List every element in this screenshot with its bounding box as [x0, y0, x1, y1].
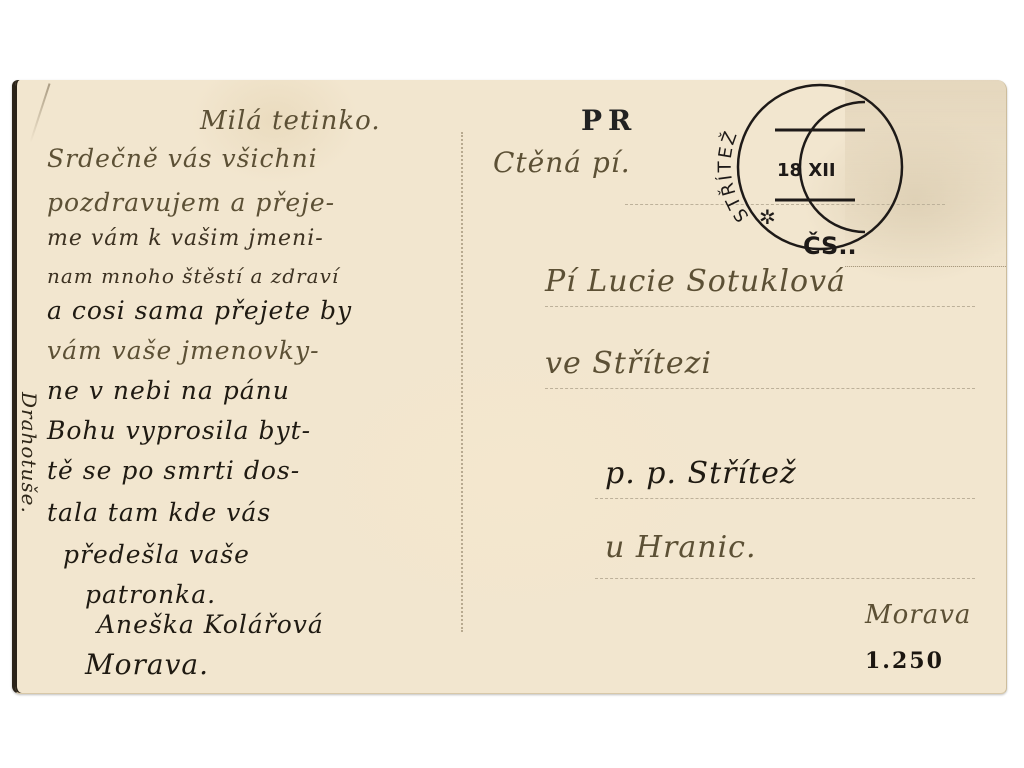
message-line: tala tam kde vás	[47, 498, 271, 527]
message-line: Bohu vyprosila byt-	[47, 416, 311, 445]
address-line-rule	[545, 306, 975, 307]
pr-mark: PR	[581, 104, 637, 137]
recipient-town: ve Střítezi	[545, 346, 712, 381]
message-line: nam mnoho štěstí a zdraví	[47, 264, 339, 288]
svg-text:18 XII: 18 XII	[777, 160, 836, 181]
message-line: ne v nebi na pánu	[47, 376, 290, 405]
message-line: pozdravujem a přeje-	[47, 188, 335, 217]
recipient-post-office: p. p. Střítež	[605, 456, 797, 491]
address-greeting: Ctěná pí.	[493, 146, 631, 179]
message-line: me vám k vašim jmeni-	[47, 226, 324, 251]
signature-region: Morava.	[85, 648, 209, 681]
message-line: Srdečně vás všichni	[47, 144, 318, 173]
svg-text:STŘÍTEŽ: STŘÍTEŽ	[715, 127, 753, 226]
recipient-name: Pí Lucie Sotuklová	[545, 264, 846, 299]
recipient-district: u Hranic.	[605, 530, 757, 565]
salutation: Milá tetinko.	[200, 106, 381, 136]
recipient-region: Morava	[865, 600, 971, 630]
message-line: tě se po smrti dos-	[47, 456, 300, 485]
svg-text:ČS..: ČS..	[803, 230, 857, 260]
paper-crease	[29, 83, 50, 143]
signature: Aneška Kolářová	[97, 610, 324, 639]
price-note: 1.250	[865, 648, 944, 674]
center-divider	[461, 132, 463, 632]
message-line: vám vaše jmenovky-	[47, 336, 320, 365]
postcard-back: Milá tetinko. Srdečně vás všichni pozdra…	[12, 80, 1007, 694]
postmark-stamp-icon: 18 XII STŘÍTEŽ ✲ ČS..	[715, 80, 905, 262]
address-line-rule	[595, 498, 975, 499]
address-line-rule	[595, 578, 975, 579]
svg-text:✲: ✲	[759, 205, 776, 229]
message-line: a cosi sama přejete by	[47, 296, 352, 325]
side-note-vertical: Drahotuše.	[17, 392, 41, 514]
address-line-rule	[545, 388, 975, 389]
message-line: předešla vaše	[63, 540, 250, 569]
message-line: patronka.	[85, 580, 216, 609]
